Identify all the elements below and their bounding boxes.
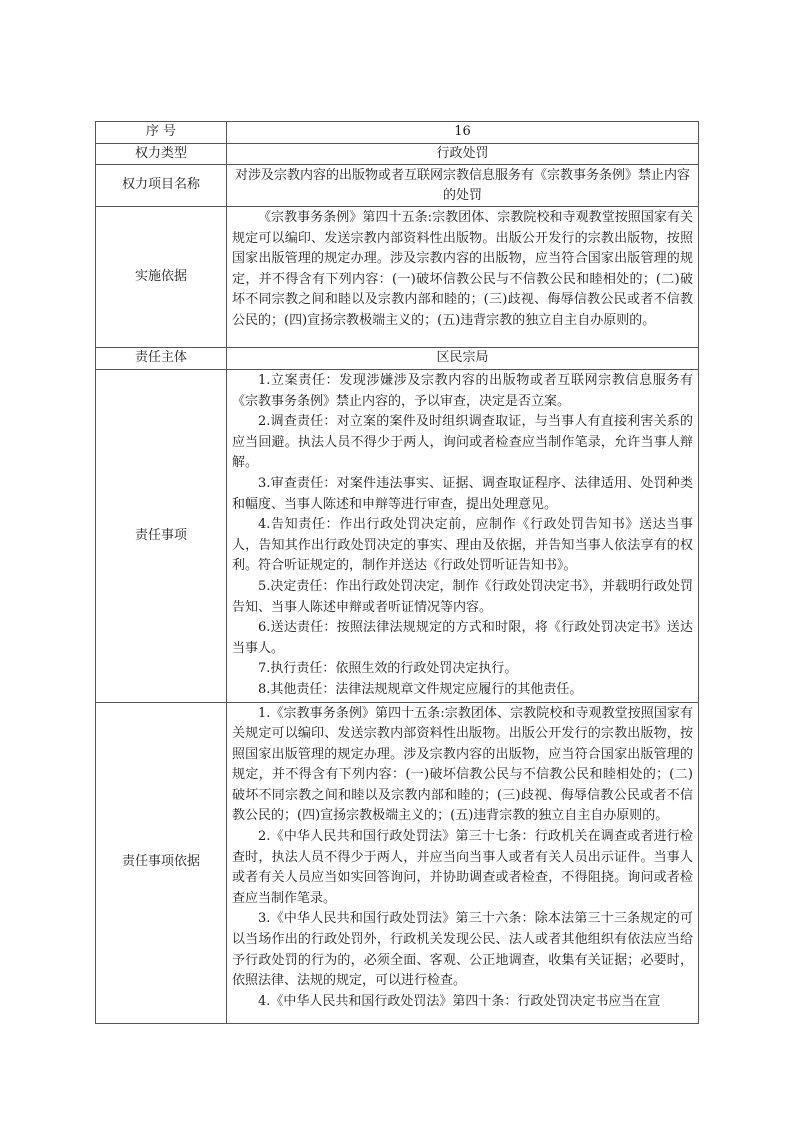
duty-item: 6.送达责任：按照法律法规规定的方式和时限，将《行政处罚决定书》送达当事人。 — [232, 618, 693, 659]
duty-basis-content: 1.《宗教事务条例》第四十五条:宗教团体、宗教院校和寺观教堂按照国家有关规定可以… — [227, 702, 699, 1023]
duties-label: 责任事项 — [96, 370, 227, 703]
duty-item: 8.其他责任：法律法规规章文件规定应履行的其他责任。 — [232, 680, 693, 701]
duty-basis-item: 3.《中华人民共和国行政处罚法》第三十六条：除本法第三十三条规定的可以当场作出的… — [232, 909, 693, 991]
basis-content: 《宗教事务条例》第四十五条:宗教团体、宗教院校和寺观教堂按照国家有关规定可以编印… — [227, 207, 699, 348]
duty-item: 1.立案责任：发现涉嫌涉及宗教内容的出版物或者互联网宗教信息服务有《宗教事务条例… — [232, 371, 693, 412]
row-duty-basis: 责任事项依据 1.《宗教事务条例》第四十五条:宗教团体、宗教院校和寺观教堂按照国… — [96, 702, 699, 1023]
power-item-name-value: 对涉及宗教内容的出版物或者互联网宗教信息服务有《宗教事务条例》禁止内容的处罚 — [227, 165, 699, 207]
basis-paragraph: 《宗教事务条例》第四十五条:宗教团体、宗教院校和寺观教堂按照国家有关规定可以编印… — [232, 208, 693, 331]
subject-label: 责任主体 — [96, 348, 227, 370]
duty-item: 7.执行责任：依照生效的行政处罚决定执行。 — [232, 659, 693, 680]
duty-basis-item: 1.《宗教事务条例》第四十五条:宗教团体、宗教院校和寺观教堂按照国家有关规定可以… — [232, 704, 693, 828]
row-basis: 实施依据 《宗教事务条例》第四十五条:宗教团体、宗教院校和寺观教堂按照国家有关规… — [96, 207, 699, 348]
row-power-item-name: 权力项目名称 对涉及宗教内容的出版物或者互联网宗教信息服务有《宗教事务条例》禁止… — [96, 165, 699, 207]
duty-basis-item: 2.《中华人民共和国行政处罚法》第三十七条：行政机关在调查或者进行检查时，执法人… — [232, 827, 693, 909]
duty-item: 5.决定责任：作出行政处罚决定，制作《行政处罚决定书》，并载明行政处罚告知、当事… — [232, 577, 693, 618]
power-item-name-label: 权力项目名称 — [96, 165, 227, 207]
power-type-value: 行政处罚 — [227, 143, 699, 165]
subject-value: 区民宗局 — [227, 348, 699, 370]
duty-basis-item: 4.《中华人民共和国行政处罚法》第四十条：行政处罚决定书应当在宣 — [232, 992, 693, 1013]
row-serial: 序 号 16 — [96, 122, 699, 144]
power-type-label: 权力类型 — [96, 143, 227, 165]
duty-basis-label: 责任事项依据 — [96, 702, 227, 1023]
serial-label: 序 号 — [96, 122, 227, 144]
row-duties: 责任事项 1.立案责任：发现涉嫌涉及宗教内容的出版物或者互联网宗教信息服务有《宗… — [96, 370, 699, 703]
basis-label: 实施依据 — [96, 207, 227, 348]
document-page: 序 号 16 权力类型 行政处罚 权力项目名称 对涉及宗教内容的出版物或者互联网… — [95, 121, 699, 1024]
duty-item: 4.告知责任：作出行政处罚决定前，应制作《行政处罚告知书》送达当事人，告知其作出… — [232, 515, 693, 577]
duties-content: 1.立案责任：发现涉嫌涉及宗教内容的出版物或者互联网宗教信息服务有《宗教事务条例… — [227, 370, 699, 703]
row-power-type: 权力类型 行政处罚 — [96, 143, 699, 165]
row-subject: 责任主体 区民宗局 — [96, 348, 699, 370]
serial-value: 16 — [227, 122, 699, 144]
power-item-table: 序 号 16 权力类型 行政处罚 权力项目名称 对涉及宗教内容的出版物或者互联网… — [95, 121, 699, 1024]
duty-item: 3.审查责任：对案件违法事实、证据、调查取证程序、法律适用、处罚种类和幅度、当事… — [232, 474, 693, 515]
duty-item: 2.调查责任：对立案的案件及时组织调查取证，与当事人有直接利害关系的应当回避。执… — [232, 412, 693, 474]
